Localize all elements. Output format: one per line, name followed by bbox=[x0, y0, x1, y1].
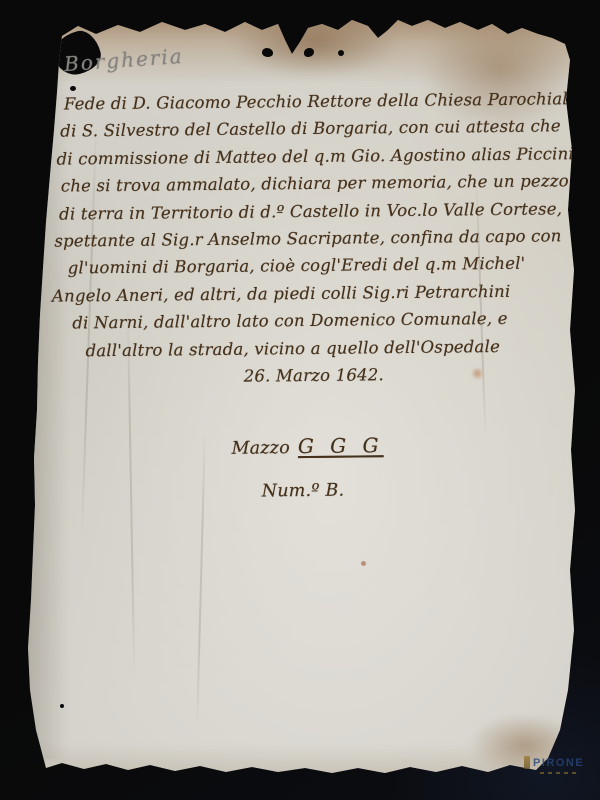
auction-watermark: PIRONE bbox=[524, 756, 584, 769]
watermark-logo-icon bbox=[524, 756, 530, 769]
paper-speck bbox=[338, 50, 344, 56]
paper-speck bbox=[60, 704, 64, 708]
pencil-inscription: Borgheria bbox=[63, 44, 184, 76]
stain-top-band bbox=[20, 10, 580, 84]
manuscript-line: Angelo Aneri, ed altri, da piedi colli S… bbox=[50, 277, 562, 310]
manuscript-line: di Narni, dall'altro lato con Domenico C… bbox=[50, 305, 562, 338]
stain-top-center bbox=[230, 8, 400, 78]
paper-hole bbox=[304, 48, 314, 57]
manuscript-line: spettante al Sig.r Anselmo Sacripante, c… bbox=[49, 222, 561, 255]
manuscript-line: dall'altro la strada, vicino a quello de… bbox=[50, 332, 562, 365]
rust-speck bbox=[361, 561, 366, 566]
paper-hole bbox=[50, 27, 105, 79]
stain-left-shade bbox=[22, 30, 68, 760]
paper-speck bbox=[70, 86, 76, 91]
manuscript-line: gl'uomini di Borgaria, cioè cogl'Eredi d… bbox=[50, 250, 562, 283]
manuscript-text-block: Fede di D. Giacomo Pecchio Rettore della… bbox=[48, 85, 564, 508]
watermark-subtext-marks bbox=[540, 772, 580, 774]
mazzo-letters: G G G bbox=[298, 434, 384, 459]
rust-spot bbox=[471, 368, 484, 379]
manuscript-line: di terra in Territorio di d.º Castello i… bbox=[49, 195, 561, 228]
mazzo-label: Mazzo bbox=[231, 439, 290, 460]
paper-crease bbox=[81, 120, 98, 540]
date-line: 26. Marzo 1642. bbox=[51, 359, 563, 392]
manuscript-line: che si trova ammalato, dichiara per memo… bbox=[49, 168, 561, 201]
stain-top-right bbox=[420, 10, 580, 130]
manuscript-line: di S. Silvestro del Castello di Borgaria… bbox=[48, 113, 560, 146]
paper-crease bbox=[475, 180, 486, 440]
manuscript-paper: Borgheria Fede di D. Giacomo Pecchio Ret… bbox=[0, 0, 600, 800]
paper-crease bbox=[196, 430, 206, 730]
manuscript-line: di commissione di Matteo del q.m Gio. Ag… bbox=[48, 140, 560, 173]
paper-hole bbox=[262, 48, 273, 57]
photo-stage: Borgheria Fede di D. Giacomo Pecchio Ret… bbox=[0, 0, 600, 800]
archive-numero-line: Num.º B. bbox=[52, 475, 564, 508]
manuscript-line: Fede di D. Giacomo Pecchio Rettore della… bbox=[48, 85, 560, 118]
paper-crease bbox=[127, 300, 136, 680]
watermark-text: PIRONE bbox=[533, 757, 584, 769]
archive-mazzo-line: MazzoG G G bbox=[51, 431, 563, 466]
